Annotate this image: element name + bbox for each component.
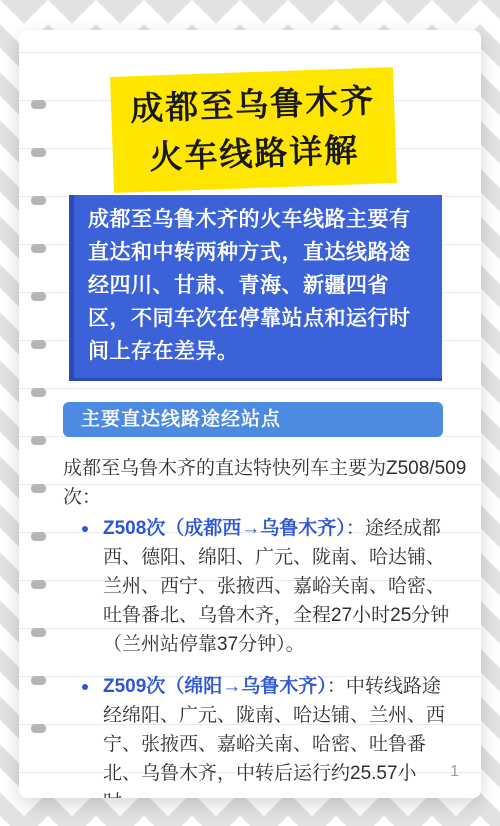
binder-tab [31, 484, 46, 493]
title-sticker: 成都至乌鲁木齐 火车线路详解 [110, 67, 397, 193]
binder-tab [31, 388, 46, 397]
binder-tab [31, 580, 46, 589]
binder-tab [31, 292, 46, 301]
intro-text: 成都至乌鲁木齐的火车线路主要有直达和中转两种方式，直达线路途经四川、甘肃、青海、… [88, 208, 411, 363]
section-header: 主要直达线路途经站点 [63, 402, 443, 437]
page-number: 1 [450, 763, 459, 781]
binder-tab [31, 628, 46, 637]
binder-tab [31, 100, 46, 109]
section-header-label: 主要直达线路途经站点 [81, 409, 281, 430]
binder-tab [31, 340, 46, 349]
train-keyword-z509: Z509次（绵阳→乌鲁木齐） [103, 676, 327, 697]
train-keyword-z508: Z508次（成都西→乌鲁木齐） [103, 518, 346, 539]
binder-tab [31, 436, 46, 445]
binder-tab [31, 196, 46, 205]
train-route-list: Z508次（成都西→乌鲁木齐）：途经成都西、德阳、绵阳、广元、陇南、哈达铺、兰州… [82, 514, 450, 798]
binder-tab [31, 244, 46, 253]
list-item-z508: Z508次（成都西→乌鲁木齐）：途经成都西、德阳、绵阳、广元、陇南、哈达铺、兰州… [82, 514, 450, 659]
binder-tab [31, 676, 46, 685]
binder-tab [31, 148, 46, 157]
section-lead-paragraph: 成都至乌鲁木齐的直达特快列车主要为Z508/509次： [63, 454, 475, 512]
binder-tab [31, 724, 46, 733]
list-item-z509: Z509次（绵阳→乌鲁木齐）：中转线路途经绵阳、广元、陇南、哈达铺、兰州、西宁、… [82, 672, 450, 798]
page-title-line2: 火车线路详解 [112, 124, 397, 183]
bullet-dot-icon [82, 526, 88, 532]
note-card: 成都至乌鲁木齐 火车线路详解 成都至乌鲁木齐的火车线路主要有直达和中转两种方式，… [19, 30, 481, 798]
intro-callout: 成都至乌鲁木齐的火车线路主要有直达和中转两种方式，直达线路途经四川、甘肃、青海、… [69, 195, 442, 381]
binder-tab [31, 532, 46, 541]
bullet-dot-icon [82, 684, 88, 690]
notebook-page-background: { "title": { "line1": "成都至乌鲁木齐", "line2"… [0, 0, 500, 826]
